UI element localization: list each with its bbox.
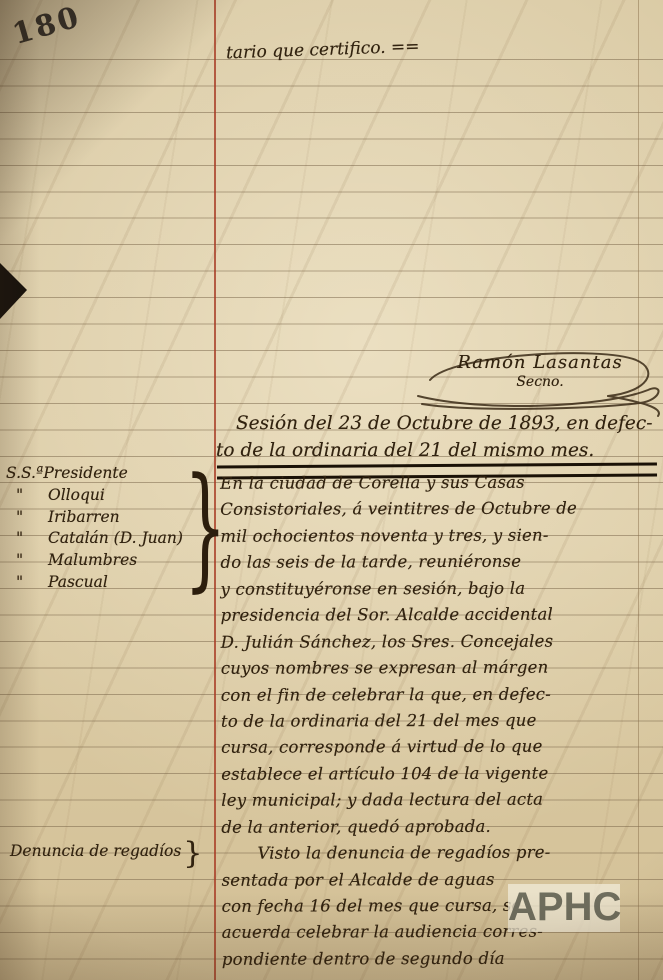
body-line: Visto la denuncia de regadíos pre- — [221, 839, 663, 867]
attendee-row: "Malumbres — [6, 551, 183, 573]
manuscript-page: 180 tario que certifico. == Ramón Lasant… — [0, 0, 663, 980]
attendee-ditto: " — [6, 486, 48, 504]
binding-shadow — [0, 263, 27, 319]
body-line: cursa, corresponde á virtud de lo que — [221, 734, 663, 762]
attendee-list: S.S.ªPresidente"Olloqui"Iribarren"Catalá… — [6, 464, 183, 595]
attendee-name: Malumbres — [48, 551, 137, 569]
margin-note-brace: } — [183, 836, 202, 871]
attendee-row: "Catalán (D. Juan) — [6, 529, 183, 551]
session-heading-line2: to de la ordinaria del 21 del mismo mes. — [216, 438, 663, 465]
page-number: 180 — [9, 0, 85, 51]
session-heading-line1: Sesión del 23 de Octubre de 1893, en def… — [216, 411, 663, 438]
body-line: cuyos nombres se expresan al márgen — [221, 654, 663, 682]
body-line: pondiente dentro de segundo día — [222, 945, 663, 973]
body-line: establece el artículo 104 de la vigente — [221, 760, 663, 788]
signature-title: Secno. — [420, 374, 660, 390]
margin-note-text: Denuncia de regadíos — [10, 842, 181, 860]
attendee-name: Iribarren — [48, 508, 120, 526]
body-line: Consistoriales, á veintitres de Octubre … — [220, 496, 662, 524]
attendee-name: Pascual — [48, 573, 108, 591]
aphc-watermark: APHC — [508, 884, 620, 932]
body-line: mil ochocientos noventa y tres, y sien- — [220, 522, 662, 550]
body-line: presidencia del Sor. Alcalde accidental — [221, 601, 663, 629]
attendee-name: Catalán (D. Juan) — [48, 529, 183, 547]
signature-name: Ramón Lasantas — [420, 352, 660, 373]
body-line: y constituyéronse en sesión, bajo la — [220, 575, 662, 603]
body-line: con el fin de celebrar la que, en defec- — [221, 681, 663, 709]
attendee-row: "Iribarren — [6, 508, 183, 530]
body-line: do las seis de la tarde, reuniéronse — [220, 549, 662, 577]
attendee-ditto: " — [6, 508, 48, 526]
session-heading: Sesión del 23 de Octubre de 1893, en def… — [216, 411, 663, 464]
body-line: de la anterior, quedó aprobada. — [221, 813, 663, 841]
body-line: ley municipal; y dada lectura del acta — [221, 786, 663, 814]
attendee-ditto: " — [6, 529, 48, 547]
secretary-signature: Ramón Lasantas Secno. — [420, 352, 660, 420]
body-line: D. Julián Sánchez, los Sres. Concejales — [221, 628, 663, 656]
attendee-ditto: " — [6, 573, 48, 591]
attendee-row: "Olloqui — [6, 486, 183, 508]
attendee-ditto: S.S.ª — [6, 464, 43, 482]
attendee-row: "Pascual — [6, 573, 183, 595]
attendee-row: S.S.ªPresidente — [6, 464, 183, 486]
attendee-ditto: " — [6, 551, 48, 569]
attendee-name: Olloqui — [48, 486, 105, 504]
body-line: En la ciudad de Corella y sus Casas — [220, 469, 662, 497]
body-line: to de la ordinaria del 21 del mes que — [221, 707, 663, 735]
attendee-name: Presidente — [43, 464, 127, 482]
margin-note: Denuncia de regadíos} — [10, 836, 202, 871]
